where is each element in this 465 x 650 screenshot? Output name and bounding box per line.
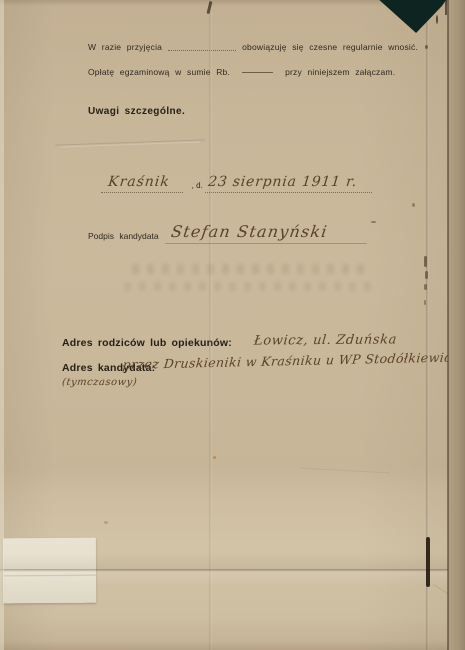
printed-line-fee: Opłatę egzaminową w sumie Rb. przy ninie… — [88, 67, 395, 77]
fee-dash-line — [242, 72, 273, 73]
signature-label: Podpis kandydata — [88, 231, 159, 244]
handwritten-signature: Stefan Stanyński — [165, 222, 369, 244]
handwritten-place: Kraśnik — [101, 174, 185, 193]
ink-bleedthrough — [132, 264, 370, 274]
left-page-sliver — [0, 0, 4, 650]
photo-frame: W razie przyjęcia obowiązuję się czesne … — [0, 0, 465, 650]
handwritten-parents-address: Łowicz, ul. Zduńska — [253, 332, 397, 349]
section-heading-remarks: Uwagi szczególne. — [88, 106, 185, 117]
clause-prefix: W razie przyjęcia — [88, 42, 162, 52]
handwritten-note-temporary: (tymczasowy) — [61, 377, 138, 388]
bottom-edge-shadow — [0, 641, 465, 650]
document-page: W razie przyjęcia obowiązuję się czesne … — [0, 0, 448, 650]
tear-mark — [424, 284, 427, 290]
paper-speck — [104, 521, 108, 524]
parents-address-label: Adres rodziców lub opiekunów: — [62, 337, 232, 349]
clause-suffix: obowiązuję się czesne regularnie wnosić. — [242, 42, 418, 52]
crease-highlight — [0, 572, 465, 586]
handwritten-date: 23 sierpnia 1911 r. — [205, 174, 374, 193]
parents-address-line: Adres rodziców lub opiekunów: Łowicz, ul… — [62, 333, 397, 349]
printed-line-clause: W razie przyjęcia obowiązuję się czesne … — [88, 42, 418, 52]
printed-date-prefix: , d. — [184, 181, 206, 193]
signature-line: Podpis kandydata Stefan Stanyński — [88, 222, 367, 244]
paper-speck — [412, 203, 415, 207]
adjacent-page-edge — [448, 0, 465, 650]
handwritten-candidate-address: przez Druskieniki w Kraśniku u WP Stodół… — [122, 349, 465, 372]
tear-mark — [424, 300, 426, 305]
crease-shadow — [0, 554, 465, 569]
paper-speck — [371, 221, 376, 223]
paper-wrinkle — [300, 468, 390, 474]
fold-line-center — [209, 0, 212, 650]
fee-suffix: przy niniejszem załączam. — [285, 67, 395, 77]
dotted-blank — [168, 42, 236, 51]
tear-mark-large — [426, 537, 430, 587]
date-line: Kraśnik , d. 23 sierpnia 1911 r. — [102, 174, 373, 193]
ink-bleedthrough — [124, 282, 376, 291]
paper-speck — [213, 456, 216, 459]
paper-speck — [436, 15, 438, 24]
tear-mark — [424, 256, 427, 267]
tear-mark — [425, 271, 428, 279]
